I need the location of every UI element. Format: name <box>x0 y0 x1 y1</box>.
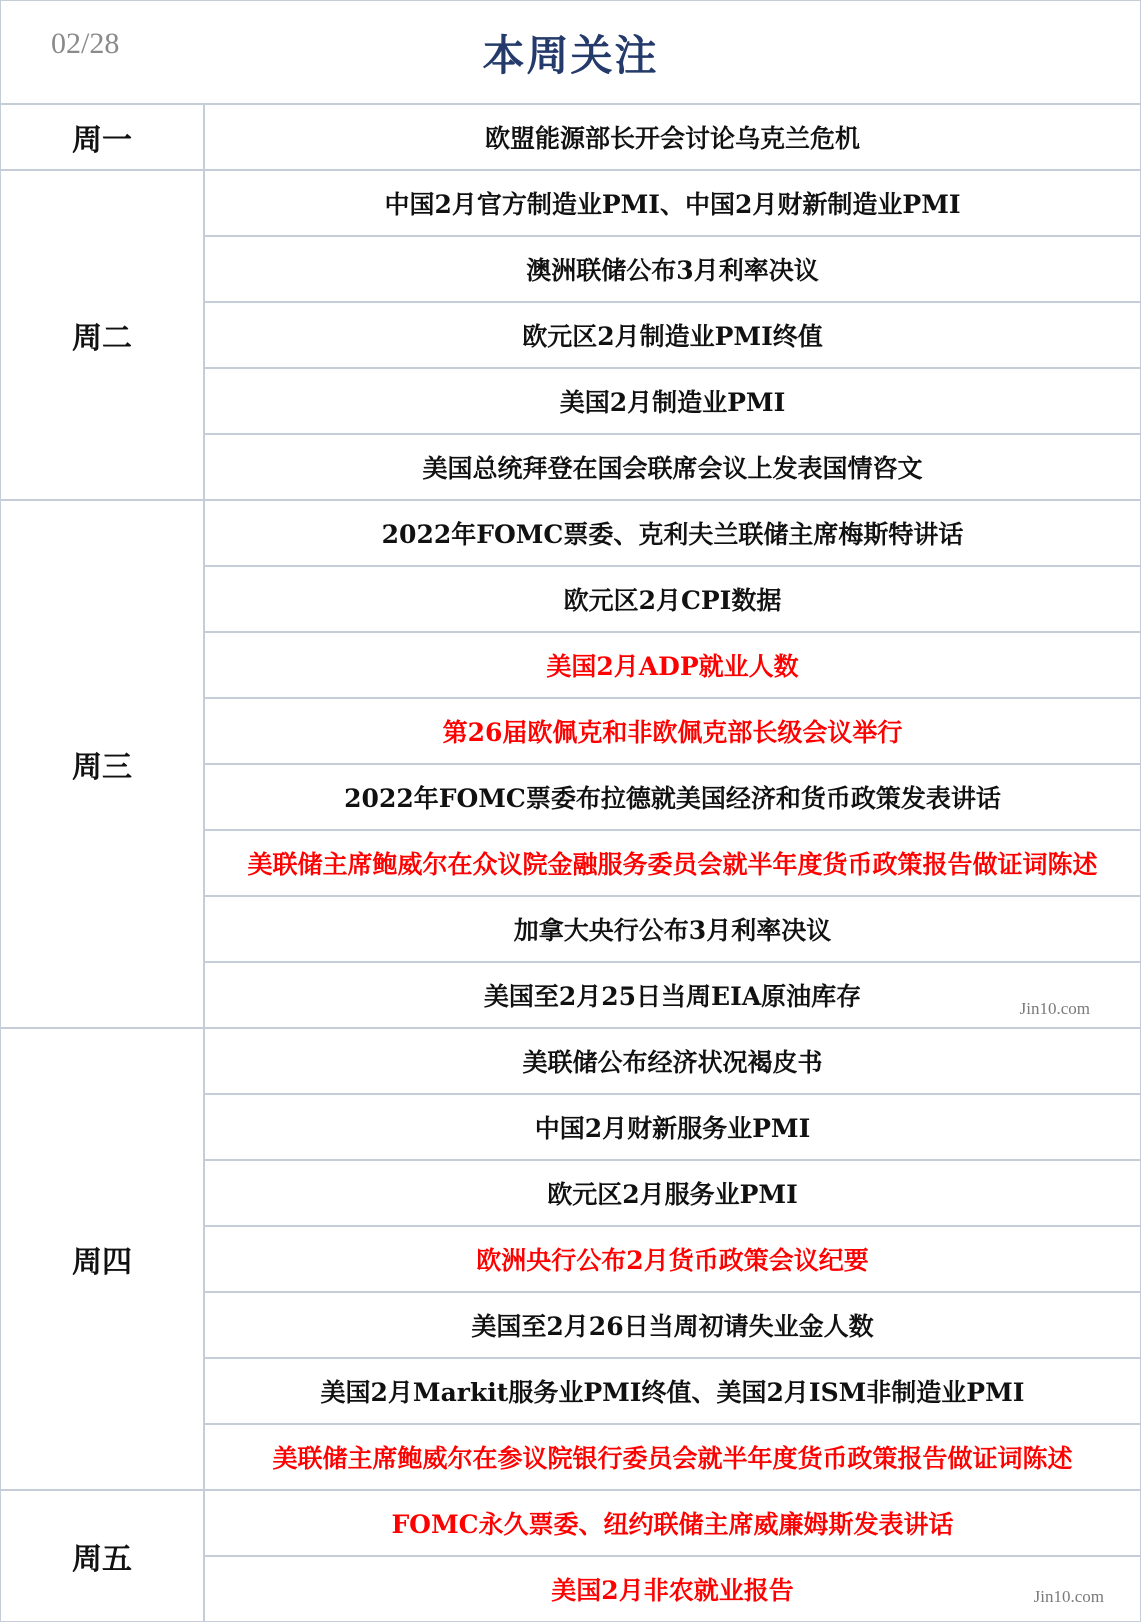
event-row-highlighted: 美联储主席鲍威尔在众议院金融服务委员会就半年度货币政策报告做证词陈述 <box>205 831 1140 897</box>
table-header: 02/28 本周关注 <box>1 1 1140 105</box>
event-row: 加拿大央行公布3月利率决议 <box>205 897 1140 963</box>
event-row: 2022年FOMC票委布拉德就美国经济和货币政策发表讲话 <box>205 765 1140 831</box>
day-groups: 周一欧盟能源部长开会讨论乌克兰危机周二中国2月官方制造业PMI、中国2月财新制造… <box>1 105 1140 1622</box>
event-row: 美国总统拜登在国会联席会议上发表国情咨文 <box>205 435 1140 499</box>
event-text: 加拿大央行公布3月利率决议 <box>514 911 831 947</box>
event-text: 中国2月财新服务业PMI <box>535 1109 811 1145</box>
day-group: 周二中国2月官方制造业PMI、中国2月财新制造业PMI澳洲联储公布3月利率决议欧… <box>1 171 1140 501</box>
day-group: 周四美联储公布经济状况褐皮书中国2月财新服务业PMI欧元区2月服务业PMI欧洲央… <box>1 1029 1140 1491</box>
event-row-highlighted: 欧洲央行公布2月货币政策会议纪要 <box>205 1227 1140 1293</box>
event-row-highlighted: 美国2月ADP就业人数 <box>205 633 1140 699</box>
day-label: 周三 <box>1 501 205 1027</box>
event-row: 欧元区2月制造业PMI终值 <box>205 303 1140 369</box>
day-group: 周五FOMC永久票委、纽约联储主席威廉姆斯发表讲话美国2月非农就业报告Jin10… <box>1 1491 1140 1622</box>
event-text: 欧元区2月CPI数据 <box>564 581 782 617</box>
day-label: 周五 <box>1 1491 205 1621</box>
event-text: FOMC永久票委、纽约联储主席威廉姆斯发表讲话 <box>391 1505 953 1541</box>
event-row-highlighted: FOMC永久票委、纽约联储主席威廉姆斯发表讲话 <box>205 1491 1140 1557</box>
event-row: 美联储公布经济状况褐皮书 <box>205 1029 1140 1095</box>
day-label: 周二 <box>1 171 205 499</box>
event-text: 美国2月制造业PMI <box>560 383 786 419</box>
event-text: 2022年FOMC票委布拉德就美国经济和货币政策发表讲话 <box>344 779 1001 815</box>
day-label: 周一 <box>1 105 205 169</box>
event-text: 美国至2月26日当周初请失业金人数 <box>471 1307 873 1343</box>
event-text: 美国总统拜登在国会联席会议上发表国情咨文 <box>422 449 922 485</box>
event-text: 中国2月官方制造业PMI、中国2月财新制造业PMI <box>384 185 960 221</box>
event-text: 美联储主席鲍威尔在参议院银行委员会就半年度货币政策报告做证词陈述 <box>272 1439 1072 1475</box>
page-title: 本周关注 <box>1 23 1140 83</box>
event-text: 第26届欧佩克和非欧佩克部长级会议举行 <box>443 713 903 749</box>
event-row: 欧元区2月CPI数据 <box>205 567 1140 633</box>
event-row: 美国2月制造业PMI <box>205 369 1140 435</box>
event-row: 美国2月Markit服务业PMI终值、美国2月ISM非制造业PMI <box>205 1359 1140 1425</box>
day-label: 周四 <box>1 1029 205 1489</box>
event-text: 美国2月非农就业报告 <box>551 1571 793 1607</box>
event-text: 澳洲联储公布3月利率决议 <box>526 251 818 287</box>
event-list: 美联储公布经济状况褐皮书中国2月财新服务业PMI欧元区2月服务业PMI欧洲央行公… <box>205 1029 1140 1489</box>
event-text: 美联储主席鲍威尔在众议院金融服务委员会就半年度货币政策报告做证词陈述 <box>247 845 1097 881</box>
event-text: 美国2月Markit服务业PMI终值、美国2月ISM非制造业PMI <box>321 1373 1025 1409</box>
event-row: 澳洲联储公布3月利率决议 <box>205 237 1140 303</box>
event-list: FOMC永久票委、纽约联储主席威廉姆斯发表讲话美国2月非农就业报告Jin10.c… <box>205 1491 1140 1621</box>
event-row-highlighted: 美联储主席鲍威尔在参议院银行委员会就半年度货币政策报告做证词陈述 <box>205 1425 1140 1489</box>
event-text: 美联储公布经济状况褐皮书 <box>522 1043 822 1079</box>
event-row-highlighted: 美国2月非农就业报告Jin10.com <box>205 1557 1140 1621</box>
event-list: 中国2月官方制造业PMI、中国2月财新制造业PMI澳洲联储公布3月利率决议欧元区… <box>205 171 1140 499</box>
event-text: 美国2月ADP就业人数 <box>546 647 798 683</box>
event-row: 中国2月官方制造业PMI、中国2月财新制造业PMI <box>205 171 1140 237</box>
event-row: 美国至2月25日当周EIA原油库存Jin10.com <box>205 963 1140 1027</box>
event-list: 欧盟能源部长开会讨论乌克兰危机 <box>205 105 1140 169</box>
event-row: 2022年FOMC票委、克利夫兰联储主席梅斯特讲话 <box>205 501 1140 567</box>
weekly-focus-table: 02/28 本周关注 周一欧盟能源部长开会讨论乌克兰危机周二中国2月官方制造业P… <box>0 0 1141 1622</box>
event-row: 欧盟能源部长开会讨论乌克兰危机 <box>205 105 1140 169</box>
event-text: 欧洲央行公布2月货币政策会议纪要 <box>476 1241 868 1277</box>
event-text: 欧元区2月制造业PMI终值 <box>522 317 823 353</box>
watermark: Jin10.com <box>1034 1587 1104 1607</box>
event-text: 欧盟能源部长开会讨论乌克兰危机 <box>485 119 860 155</box>
watermark: Jin10.com <box>1020 999 1090 1019</box>
event-row: 中国2月财新服务业PMI <box>205 1095 1140 1161</box>
event-row: 欧元区2月服务业PMI <box>205 1161 1140 1227</box>
event-text: 欧元区2月服务业PMI <box>547 1175 798 1211</box>
event-list: 2022年FOMC票委、克利夫兰联储主席梅斯特讲话欧元区2月CPI数据美国2月A… <box>205 501 1140 1027</box>
day-group: 周三2022年FOMC票委、克利夫兰联储主席梅斯特讲话欧元区2月CPI数据美国2… <box>1 501 1140 1029</box>
event-row: 美国至2月26日当周初请失业金人数 <box>205 1293 1140 1359</box>
event-text: 美国至2月25日当周EIA原油库存 <box>484 977 861 1013</box>
day-group: 周一欧盟能源部长开会讨论乌克兰危机 <box>1 105 1140 171</box>
event-row-highlighted: 第26届欧佩克和非欧佩克部长级会议举行 <box>205 699 1140 765</box>
event-text: 2022年FOMC票委、克利夫兰联储主席梅斯特讲话 <box>382 515 964 551</box>
